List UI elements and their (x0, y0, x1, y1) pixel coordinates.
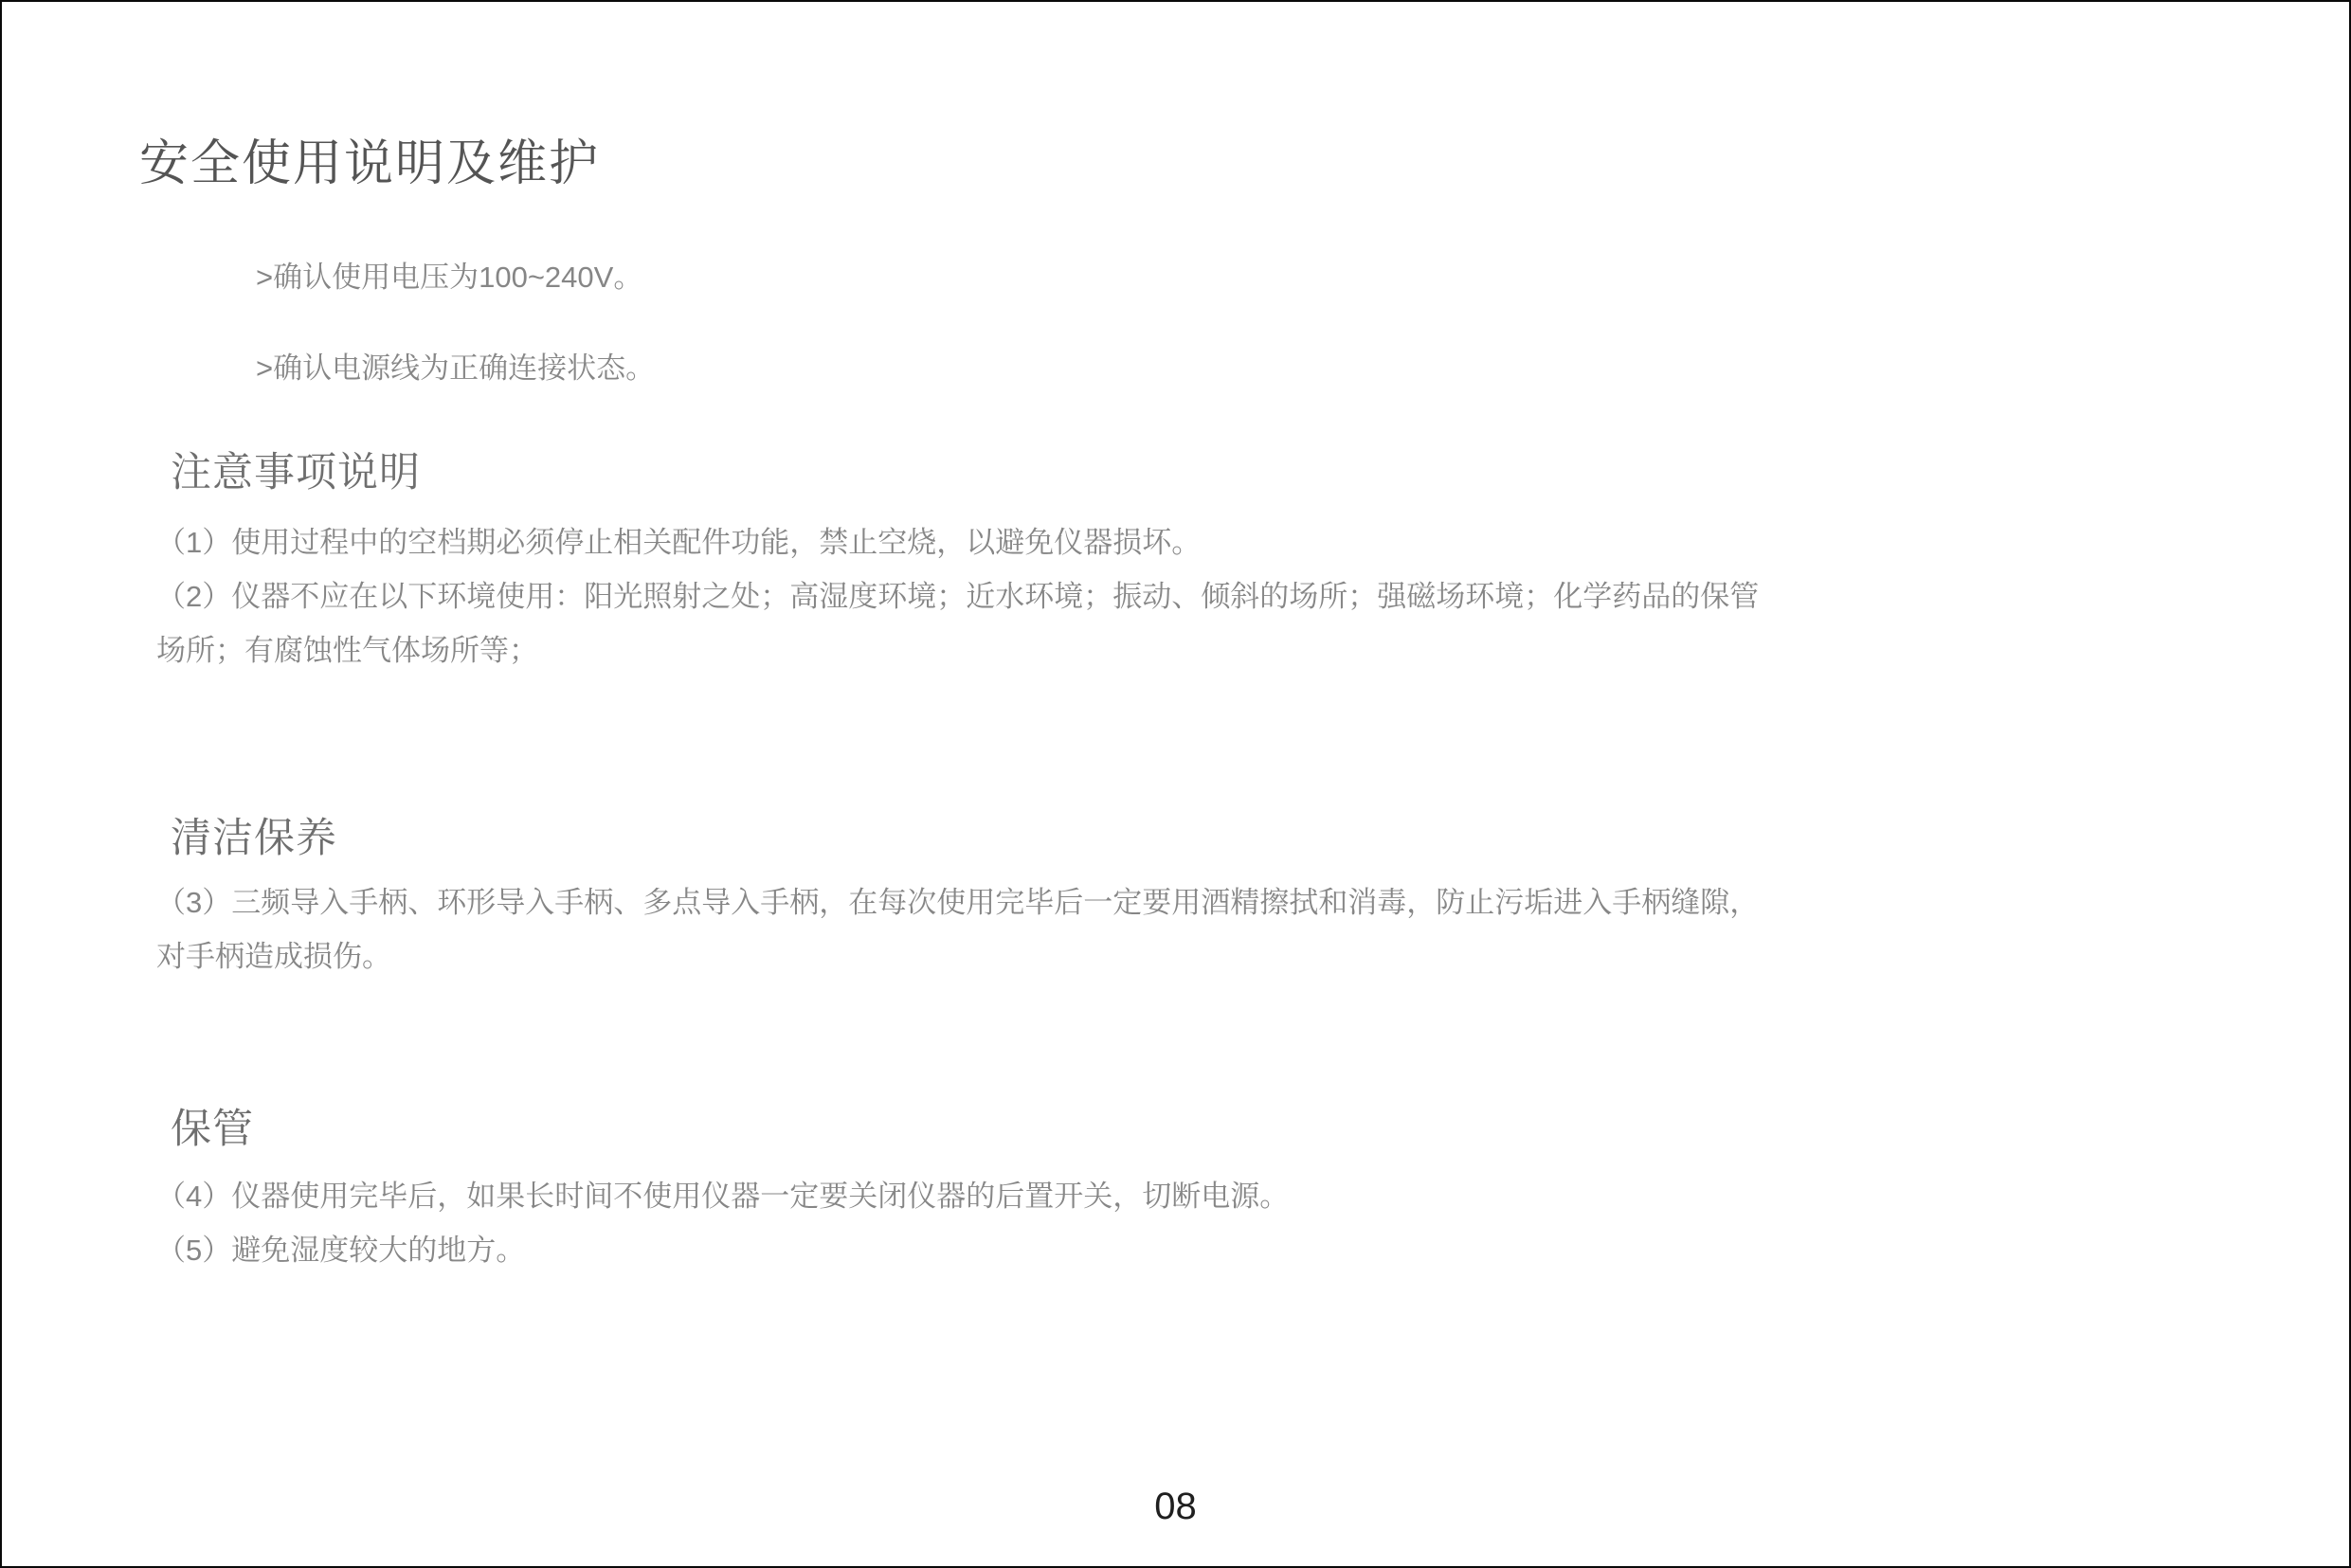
paragraph-line: （3）三频导入手柄、环形导入手柄、多点导入手柄，在每次使用完毕后一定要用酒精擦拭… (156, 875, 2232, 929)
paragraph-line: 场所；有腐蚀性气体场所等； (156, 623, 2232, 677)
section-heading-precautions: 注意事项说明 (171, 445, 421, 500)
section-body-cleaning: （3）三频导入手柄、环形导入手柄、多点导入手柄，在每次使用完毕后一定要用酒精擦拭… (156, 875, 2232, 983)
section-body-precautions: （1）使用过程中的空档期必须停止相关配件功能，禁止空烧，以避免仪器损坏。 （2）… (156, 515, 2232, 677)
manual-page: 安全使用说明及维护 >确认使用电压为100~240V。 >确认电源线为正确连接状… (0, 0, 2351, 1568)
section-heading-storage: 保管 (171, 1102, 254, 1157)
intro-line-power-cord: >确认电源线为正确连接状态。 (256, 347, 655, 390)
paragraph-line: （1）使用过程中的空档期必须停止相关配件功能，禁止空烧，以避免仪器损坏。 (156, 515, 2232, 569)
paragraph-line: （5）避免湿度较大的地方。 (156, 1223, 2232, 1277)
page-number: 08 (2, 1486, 2349, 1527)
section-body-storage: （4）仪器使用完毕后，如果长时间不使用仪器一定要关闭仪器的后置开关，切断电源。 … (156, 1169, 2232, 1277)
paragraph-line: （2）仪器不应在以下环境使用：阳光照射之处；高湿度环境；近水环境；振动、倾斜的场… (156, 569, 2232, 623)
paragraph-line: 对手柄造成损伤。 (156, 929, 2232, 983)
intro-line-voltage: >确认使用电压为100~240V。 (256, 256, 642, 299)
paragraph-line: （4）仪器使用完毕后，如果长时间不使用仪器一定要关闭仪器的后置开关，切断电源。 (156, 1169, 2232, 1223)
section-heading-cleaning: 清洁保养 (171, 811, 337, 866)
page-title: 安全使用说明及维护 (139, 133, 600, 197)
